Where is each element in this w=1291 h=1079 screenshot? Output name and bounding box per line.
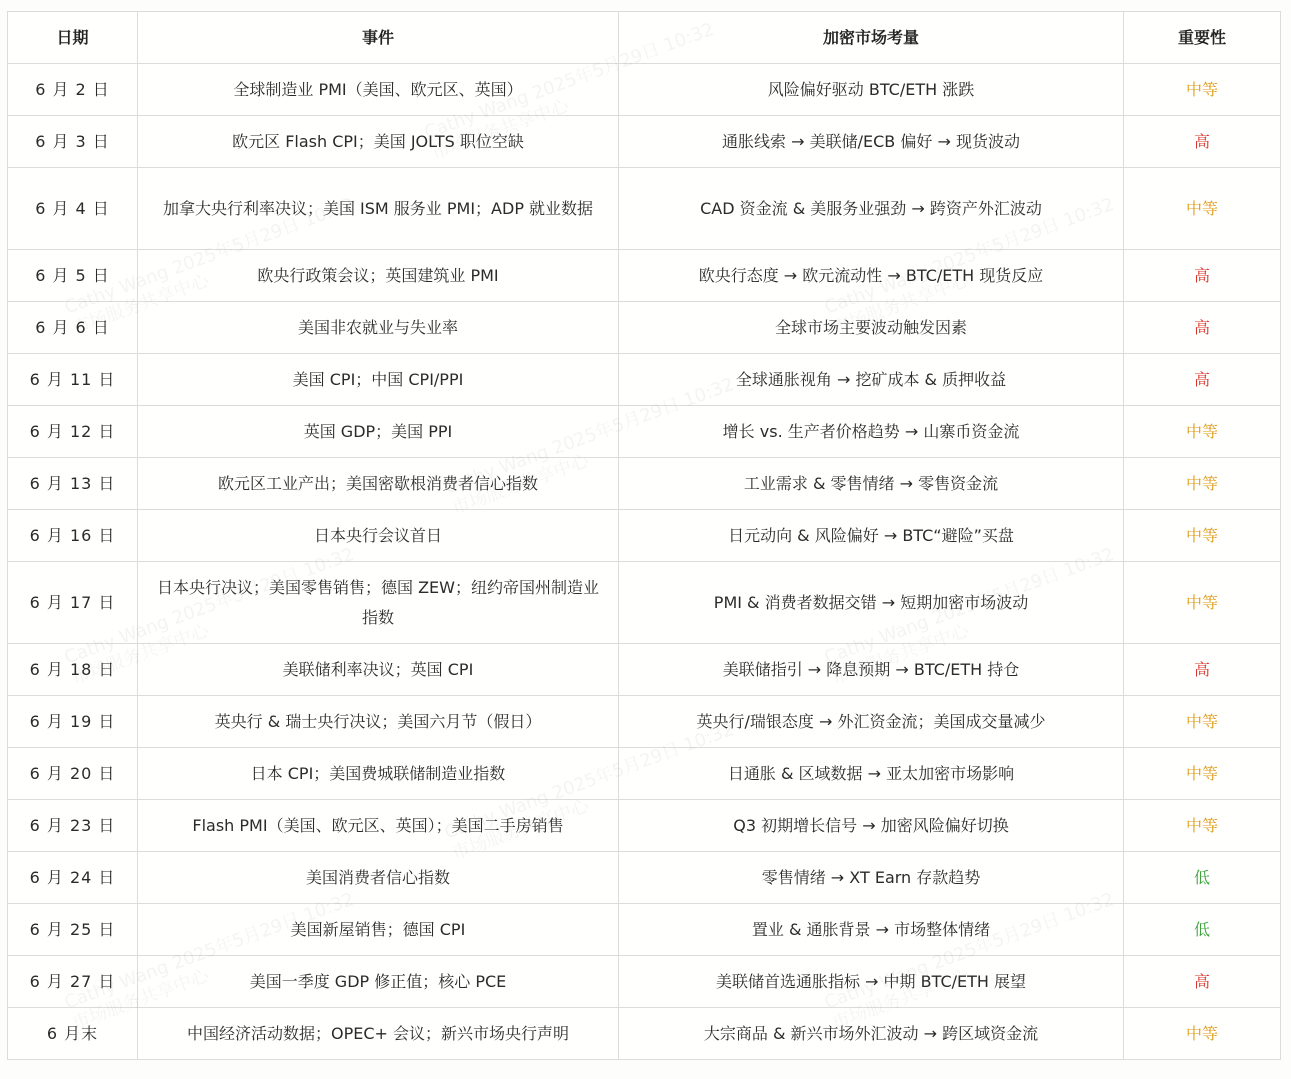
cell-importance: 中等 <box>1124 696 1281 748</box>
cell-consideration: 通胀线索 → 美联储/ECB 偏好 → 现货波动 <box>619 116 1124 168</box>
cell-event: 欧元区工业产出；美国密歇根消费者信心指数 <box>138 458 619 510</box>
table-row: 6 月 2 日 全球制造业 PMI（美国、欧元区、英国） 风险偏好驱动 BTC/… <box>8 64 1281 116</box>
header-event: 事件 <box>138 12 619 64</box>
cell-event: 日本央行会议首日 <box>138 510 619 562</box>
cell-importance: 中等 <box>1124 748 1281 800</box>
cell-date: 6 月 20 日 <box>8 748 138 800</box>
cell-date: 6 月 2 日 <box>8 64 138 116</box>
cell-importance: 高 <box>1124 956 1281 1008</box>
table-row: 6 月 12 日 英国 GDP；美国 PPI 增长 vs. 生产者价格趋势 → … <box>8 406 1281 458</box>
cell-event: 美国新屋销售；德国 CPI <box>138 904 619 956</box>
table-row: 6 月 20 日 日本 CPI；美国费城联储制造业指数 日通胀 & 区域数据 →… <box>8 748 1281 800</box>
cell-date: 6 月 16 日 <box>8 510 138 562</box>
table-row: 6 月 27 日 美国一季度 GDP 修正值；核心 PCE 美联储首选通胀指标 … <box>8 956 1281 1008</box>
cell-event: 英央行 & 瑞士央行决议；美国六月节（假日） <box>138 696 619 748</box>
cell-consideration: 全球通胀视角 → 挖矿成本 & 质押收益 <box>619 354 1124 406</box>
cell-importance: 高 <box>1124 354 1281 406</box>
economic-calendar-table-container: 日期 事件 加密市场考量 重要性 6 月 2 日 全球制造业 PMI（美国、欧元… <box>7 11 1280 1060</box>
cell-event: 美国 CPI；中国 CPI/PPI <box>138 354 619 406</box>
cell-date: 6 月 24 日 <box>8 852 138 904</box>
cell-importance: 低 <box>1124 904 1281 956</box>
cell-importance: 高 <box>1124 302 1281 354</box>
cell-importance: 中等 <box>1124 1008 1281 1060</box>
cell-consideration: PMI & 消费者数据交错 → 短期加密市场波动 <box>619 562 1124 644</box>
cell-importance: 中等 <box>1124 458 1281 510</box>
cell-date: 6 月 19 日 <box>8 696 138 748</box>
cell-event: 英国 GDP；美国 PPI <box>138 406 619 458</box>
cell-consideration: 全球市场主要波动触发因素 <box>619 302 1124 354</box>
cell-date: 6 月 12 日 <box>8 406 138 458</box>
cell-date: 6 月 23 日 <box>8 800 138 852</box>
table-row: 6 月 13 日 欧元区工业产出；美国密歇根消费者信心指数 工业需求 & 零售情… <box>8 458 1281 510</box>
cell-consideration: 英央行/瑞银态度 → 外汇资金流；美国成交量减少 <box>619 696 1124 748</box>
cell-consideration: 日通胀 & 区域数据 → 亚太加密市场影响 <box>619 748 1124 800</box>
header-crypto-consideration: 加密市场考量 <box>619 12 1124 64</box>
cell-consideration: 置业 & 通胀背景 → 市场整体情绪 <box>619 904 1124 956</box>
cell-consideration: 风险偏好驱动 BTC/ETH 涨跌 <box>619 64 1124 116</box>
cell-importance: 高 <box>1124 116 1281 168</box>
cell-event: 加拿大央行利率决议；美国 ISM 服务业 PMI；ADP 就业数据 <box>138 168 619 250</box>
table-row: 6 月 23 日 Flash PMI（美国、欧元区、英国）；美国二手房销售 Q3… <box>8 800 1281 852</box>
table-row: 6 月 18 日 美联储利率决议；英国 CPI 美联储指引 → 降息预期 → B… <box>8 644 1281 696</box>
cell-event: 中国经济活动数据；OPEC+ 会议；新兴市场央行声明 <box>138 1008 619 1060</box>
cell-event: 欧央行政策会议；英国建筑业 PMI <box>138 250 619 302</box>
cell-event: 美国消费者信心指数 <box>138 852 619 904</box>
cell-consideration: 美联储首选通胀指标 → 中期 BTC/ETH 展望 <box>619 956 1124 1008</box>
cell-date: 6 月 6 日 <box>8 302 138 354</box>
table-row: 6 月末 中国经济活动数据；OPEC+ 会议；新兴市场央行声明 大宗商品 & 新… <box>8 1008 1281 1060</box>
table-header-row: 日期 事件 加密市场考量 重要性 <box>8 12 1281 64</box>
cell-date: 6 月末 <box>8 1008 138 1060</box>
cell-consideration: 日元动向 & 风险偏好 → BTC“避险”买盘 <box>619 510 1124 562</box>
table-row: 6 月 24 日 美国消费者信心指数 零售情绪 → XT Earn 存款趋势 低 <box>8 852 1281 904</box>
cell-importance: 中等 <box>1124 800 1281 852</box>
cell-event: 日本 CPI；美国费城联储制造业指数 <box>138 748 619 800</box>
economic-calendar-table: 日期 事件 加密市场考量 重要性 6 月 2 日 全球制造业 PMI（美国、欧元… <box>7 11 1281 1060</box>
cell-event: 美国一季度 GDP 修正值；核心 PCE <box>138 956 619 1008</box>
cell-consideration: 零售情绪 → XT Earn 存款趋势 <box>619 852 1124 904</box>
cell-importance: 中等 <box>1124 562 1281 644</box>
cell-consideration: 增长 vs. 生产者价格趋势 → 山寨币资金流 <box>619 406 1124 458</box>
table-row: 6 月 4 日 加拿大央行利率决议；美国 ISM 服务业 PMI；ADP 就业数… <box>8 168 1281 250</box>
cell-importance: 高 <box>1124 644 1281 696</box>
cell-date: 6 月 11 日 <box>8 354 138 406</box>
cell-event: 美联储利率决议；英国 CPI <box>138 644 619 696</box>
cell-consideration: CAD 资金流 & 美服务业强劲 → 跨资产外汇波动 <box>619 168 1124 250</box>
table-row: 6 月 16 日 日本央行会议首日 日元动向 & 风险偏好 → BTC“避险”买… <box>8 510 1281 562</box>
cell-importance: 高 <box>1124 250 1281 302</box>
cell-event: 欧元区 Flash CPI；美国 JOLTS 职位空缺 <box>138 116 619 168</box>
table-row: 6 月 25 日 美国新屋销售；德国 CPI 置业 & 通胀背景 → 市场整体情… <box>8 904 1281 956</box>
cell-consideration: 工业需求 & 零售情绪 → 零售资金流 <box>619 458 1124 510</box>
cell-consideration: 美联储指引 → 降息预期 → BTC/ETH 持仓 <box>619 644 1124 696</box>
cell-event: 日本央行决议；美国零售销售；德国 ZEW；纽约帝国州制造业指数 <box>138 562 619 644</box>
cell-consideration: Q3 初期增长信号 → 加密风险偏好切换 <box>619 800 1124 852</box>
cell-date: 6 月 18 日 <box>8 644 138 696</box>
cell-date: 6 月 17 日 <box>8 562 138 644</box>
cell-date: 6 月 13 日 <box>8 458 138 510</box>
cell-importance: 中等 <box>1124 406 1281 458</box>
table-row: 6 月 19 日 英央行 & 瑞士央行决议；美国六月节（假日） 英央行/瑞银态度… <box>8 696 1281 748</box>
cell-importance: 中等 <box>1124 168 1281 250</box>
table-row: 6 月 6 日 美国非农就业与失业率 全球市场主要波动触发因素 高 <box>8 302 1281 354</box>
cell-date: 6 月 27 日 <box>8 956 138 1008</box>
cell-event: Flash PMI（美国、欧元区、英国）；美国二手房销售 <box>138 800 619 852</box>
cell-importance: 低 <box>1124 852 1281 904</box>
cell-importance: 中等 <box>1124 510 1281 562</box>
cell-date: 6 月 5 日 <box>8 250 138 302</box>
cell-date: 6 月 4 日 <box>8 168 138 250</box>
cell-consideration: 欧央行态度 → 欧元流动性 → BTC/ETH 现货反应 <box>619 250 1124 302</box>
cell-consideration: 大宗商品 & 新兴市场外汇波动 → 跨区域资金流 <box>619 1008 1124 1060</box>
table-row: 6 月 11 日 美国 CPI；中国 CPI/PPI 全球通胀视角 → 挖矿成本… <box>8 354 1281 406</box>
cell-event: 美国非农就业与失业率 <box>138 302 619 354</box>
table-row: 6 月 3 日 欧元区 Flash CPI；美国 JOLTS 职位空缺 通胀线索… <box>8 116 1281 168</box>
header-date: 日期 <box>8 12 138 64</box>
cell-date: 6 月 3 日 <box>8 116 138 168</box>
cell-event: 全球制造业 PMI（美国、欧元区、英国） <box>138 64 619 116</box>
table-row: 6 月 17 日 日本央行决议；美国零售销售；德国 ZEW；纽约帝国州制造业指数… <box>8 562 1281 644</box>
header-importance: 重要性 <box>1124 12 1281 64</box>
table-row: 6 月 5 日 欧央行政策会议；英国建筑业 PMI 欧央行态度 → 欧元流动性 … <box>8 250 1281 302</box>
cell-importance: 中等 <box>1124 64 1281 116</box>
cell-date: 6 月 25 日 <box>8 904 138 956</box>
